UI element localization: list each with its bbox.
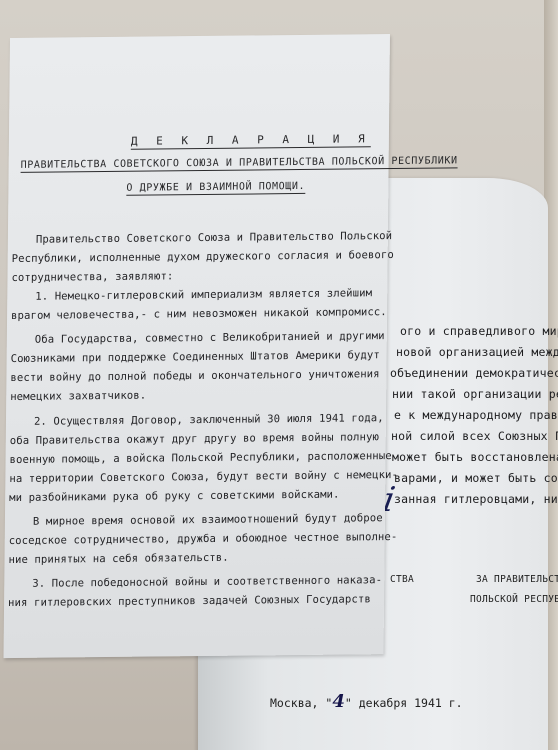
body-line: Оба Государства, совместно с Великобрита… xyxy=(35,330,385,346)
body-line: на территории Советского Союза, будут ве… xyxy=(9,469,398,485)
body-line: немецких захватчиков. xyxy=(10,390,146,403)
body-line: вести войну до полной победы и окончател… xyxy=(10,368,379,384)
back-body-line: ной силой всех Союзных Государств xyxy=(391,429,558,443)
front-page: Д Е К Л А Р А Ц И Я Правительства Советс… xyxy=(4,34,390,658)
body-line: ние принятых на себя обязательств. xyxy=(8,552,228,566)
date-rest: декабря 1941 г. xyxy=(359,696,463,710)
body-line: военную помощь, а войска Польской Респуб… xyxy=(10,450,392,466)
back-body-line: новой организацией международных xyxy=(396,345,558,359)
body-line: Союзниками при поддержке Соединенных Шта… xyxy=(11,349,380,365)
back-body-line: занная гитлеровцами, никогда не xyxy=(394,492,558,506)
back-body-line: варами, и может быть создана гара- xyxy=(394,471,558,485)
date-city: Москва, xyxy=(270,696,318,710)
signatory-right-line1: За Правительство xyxy=(476,574,558,585)
body-line: 1. Немецко-гитлеровский империализм явля… xyxy=(35,287,372,303)
date-day: 4 xyxy=(332,691,345,712)
body-line: Правительство Советского Союза и Правите… xyxy=(36,230,392,246)
body-line: ния гитлеровских преступников задачей Со… xyxy=(8,593,371,609)
document-title: Д Е К Л А Р А Ц И Я xyxy=(131,132,371,150)
back-body-line: нии такой организации решающим xyxy=(392,387,558,401)
body-line: оба Правительства окажут друг другу во в… xyxy=(10,431,379,447)
signatory-right-line2: Польской Республики xyxy=(470,594,558,605)
body-line: врагом человечества,- с ним невозможен н… xyxy=(11,306,387,322)
date-line: Москва, "4" декабря 1941 г. xyxy=(270,691,463,712)
body-line: Республики, исполненные духом дружеского… xyxy=(12,249,394,265)
body-line: ми разбойниками рука об руку с советским… xyxy=(9,489,339,504)
back-body-line: е к международному праву, поддержан- xyxy=(394,408,558,422)
back-body-line: может быть восстановлена Европа, xyxy=(392,450,558,464)
body-line: 2. Осуществляя Договор, заключенный 30 и… xyxy=(34,412,384,428)
body-line: 3. После победоносной войны и соответств… xyxy=(32,574,382,590)
body-line: сотрудничества, заявляют: xyxy=(11,270,173,284)
back-body-line: ого и справедливого мира. Это может xyxy=(400,324,558,338)
body-line: соседское сотрудничество, дружба и обоюд… xyxy=(9,531,398,547)
signatory-left-fragment: СТВА xyxy=(390,574,414,585)
back-body-line: объединении демократических стран xyxy=(390,366,558,380)
body-line: В мирное время основой их взаимоотношени… xyxy=(33,512,383,528)
document-subtitle-line2: о дружбе и взаимной помощи. xyxy=(126,181,305,196)
